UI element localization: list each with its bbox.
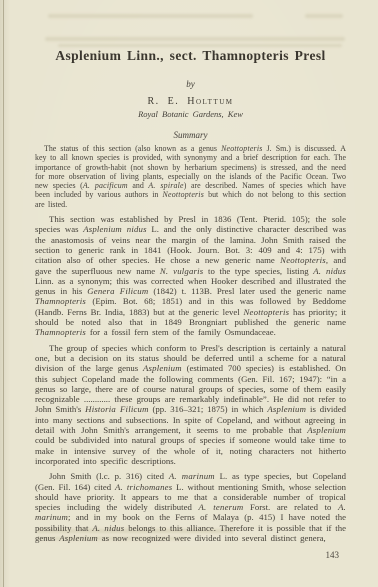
page-title: Asplenium Linn., sect. Thamnopteris Pres… — [35, 48, 346, 64]
article: Asplenium Linn., sect. Thamnopteris Pres… — [35, 0, 346, 560]
summary-heading: Summary — [35, 130, 346, 140]
byline: by — [35, 79, 346, 89]
scanned-page: { "article": { "title": "Asplenium Linn.… — [0, 0, 378, 587]
page-edge-shadow — [3, 0, 4, 587]
body-paragraph: This section was established by Presl in… — [35, 214, 346, 338]
summary-paragraph: The status of this section (also known a… — [35, 144, 346, 209]
affiliation: Royal Botanic Gardens, Kew — [35, 109, 346, 119]
author-name: R. E. Holttum — [35, 96, 346, 107]
body-paragraph: The group of species which conform to Pr… — [35, 343, 346, 467]
body-paragraph: John Smith (l.c. p. 316) cited A. marinu… — [35, 471, 346, 543]
page-number: 143 — [35, 550, 346, 560]
